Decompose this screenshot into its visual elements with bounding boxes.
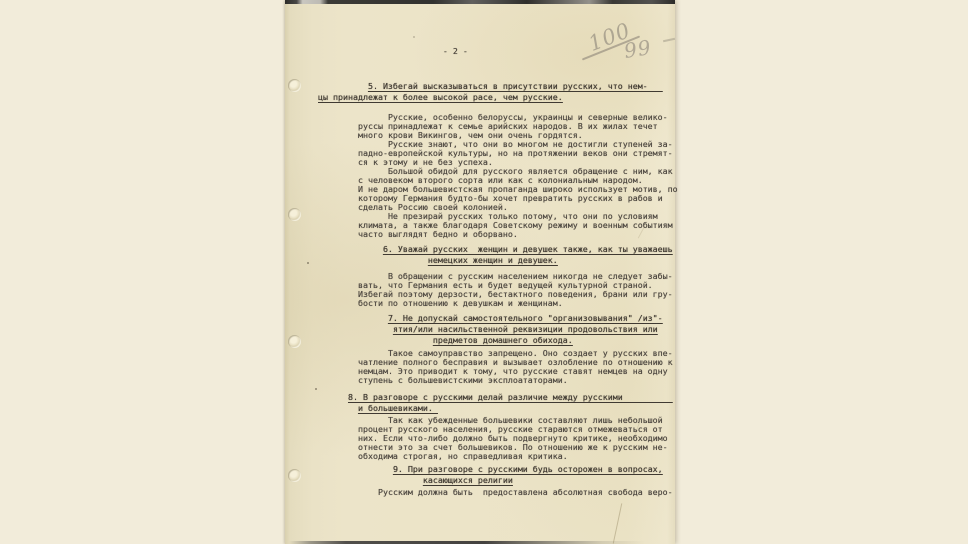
section-heading: 5. Избегай высказываться в присутствии р… bbox=[318, 81, 678, 103]
paper-speck bbox=[307, 262, 309, 264]
text-line: касающихся религии bbox=[318, 475, 678, 486]
paragraph: Так как убежденные большевики составляют… bbox=[318, 416, 678, 461]
indent-spaces bbox=[318, 298, 358, 308]
text-line: ступень с большевистскими эксплоататорам… bbox=[318, 376, 678, 385]
text-line: бости по отношению к девушкам и женщинам… bbox=[318, 299, 678, 308]
line-text: 5. Избегай высказываться в присутствии р… bbox=[368, 81, 663, 91]
line-text: ступень с большевистскими эксплоататорам… bbox=[358, 375, 568, 385]
indent-spaces bbox=[318, 475, 423, 485]
paragraph: В обращении с русским населением никогда… bbox=[318, 272, 678, 308]
text-line: - 2 - bbox=[318, 47, 678, 56]
section-heading: 9. При разговоре с русскими будь осторож… bbox=[318, 464, 678, 486]
indent-spaces bbox=[318, 324, 393, 334]
text-line: обходима строгая, но справедливая критик… bbox=[318, 452, 678, 461]
indent-spaces bbox=[318, 313, 388, 323]
line-text: Русским должна быть предоставлена абсолю… bbox=[378, 487, 673, 497]
indent-spaces bbox=[318, 46, 443, 56]
indent-spaces bbox=[318, 375, 358, 385]
text-line: часто выглядят бедно и оборвано. bbox=[318, 230, 678, 239]
indent-spaces bbox=[318, 255, 428, 265]
punch-hole bbox=[288, 79, 301, 92]
page-number: - 2 - bbox=[318, 47, 678, 56]
line-text: обходима строгая, но справедливая критик… bbox=[358, 451, 568, 461]
section-heading: 7. Не допускай самостоятельного "организ… bbox=[318, 313, 678, 346]
paragraph: Такое самоуправство запрещено. Оно созда… bbox=[318, 349, 678, 385]
text-line: Русским должна быть предоставлена абсолю… bbox=[318, 488, 678, 497]
paper-crease bbox=[613, 503, 623, 543]
text-line: 5. Избегай высказываться в присутствии р… bbox=[318, 81, 678, 92]
paragraph: Русским должна быть предоставлена абсолю… bbox=[318, 488, 678, 497]
text-line: немецких женщин и девушек. bbox=[318, 255, 678, 266]
line-text: цы принадлежат к более высокой расе, чем… bbox=[318, 92, 563, 102]
punch-hole bbox=[288, 335, 301, 348]
scan-viewer-canvas: { "colors": { "backdrop": "#f2ecda", "pa… bbox=[0, 0, 968, 544]
indent-spaces bbox=[318, 464, 393, 474]
indent-spaces bbox=[318, 335, 433, 345]
line-text: 8. В разговоре с русскими делай различие… bbox=[348, 392, 673, 402]
indent-spaces bbox=[318, 244, 383, 254]
line-text: часто выглядят бедно и оборвано. bbox=[358, 229, 518, 239]
line-text: 6. Уважай русских женщин и девушек также… bbox=[383, 244, 673, 254]
text-line: и большевиками. bbox=[318, 403, 678, 414]
section-heading: 6. Уважай русских женщин и девушек также… bbox=[318, 244, 678, 266]
indent-spaces bbox=[318, 451, 358, 461]
indent-spaces bbox=[318, 81, 368, 91]
indent-spaces bbox=[318, 229, 358, 239]
text-line: ятия/или насильственной реквизиции продо… bbox=[318, 324, 678, 335]
line-text: 7. Не допускай самостоятельного "организ… bbox=[388, 313, 663, 323]
indent-spaces bbox=[318, 487, 378, 497]
paragraph: Русские, особенно белоруссы, украинцы и … bbox=[318, 113, 678, 239]
text-line: 8. В разговоре с русскими делай различие… bbox=[318, 392, 678, 403]
section-heading: 8. В разговоре с русскими делай различие… bbox=[318, 392, 678, 414]
document-text: - 2 - 5. Избегай высказываться в присутс… bbox=[318, 47, 678, 497]
line-text: касающихся религии bbox=[423, 475, 513, 485]
pencil-dash bbox=[663, 38, 675, 42]
indent-spaces bbox=[318, 392, 348, 402]
punch-hole bbox=[288, 208, 301, 221]
text-line: предметов домашнего обихода. bbox=[318, 335, 678, 346]
line-text: ятия/или насильственной реквизиции продо… bbox=[393, 324, 658, 334]
text-line: 7. Не допускай самостоятельного "организ… bbox=[318, 313, 678, 324]
scan-top-edge bbox=[285, 0, 675, 4]
line-text: 9. При разговоре с русскими будь осторож… bbox=[393, 464, 663, 474]
line-text: и большевиками. bbox=[358, 403, 438, 413]
indent-spaces bbox=[318, 403, 358, 413]
paper-speck bbox=[413, 36, 415, 38]
line-text: бости по отношению к девушкам и женщинам… bbox=[358, 298, 563, 308]
punch-hole bbox=[288, 469, 301, 482]
line-text: предметов домашнего обихода. bbox=[433, 335, 573, 345]
text-line: 6. Уважай русских женщин и девушек также… bbox=[318, 244, 678, 255]
text-line: цы принадлежат к более высокой расе, чем… bbox=[318, 92, 678, 103]
line-text: немецких женщин и девушек. bbox=[428, 255, 558, 265]
paper-speck bbox=[315, 388, 317, 390]
document-page: 100 99 - 2 - 5. Избегай высказываться в … bbox=[285, 0, 675, 544]
line-text: - 2 - bbox=[443, 46, 468, 56]
text-line: 9. При разговоре с русскими будь осторож… bbox=[318, 464, 678, 475]
